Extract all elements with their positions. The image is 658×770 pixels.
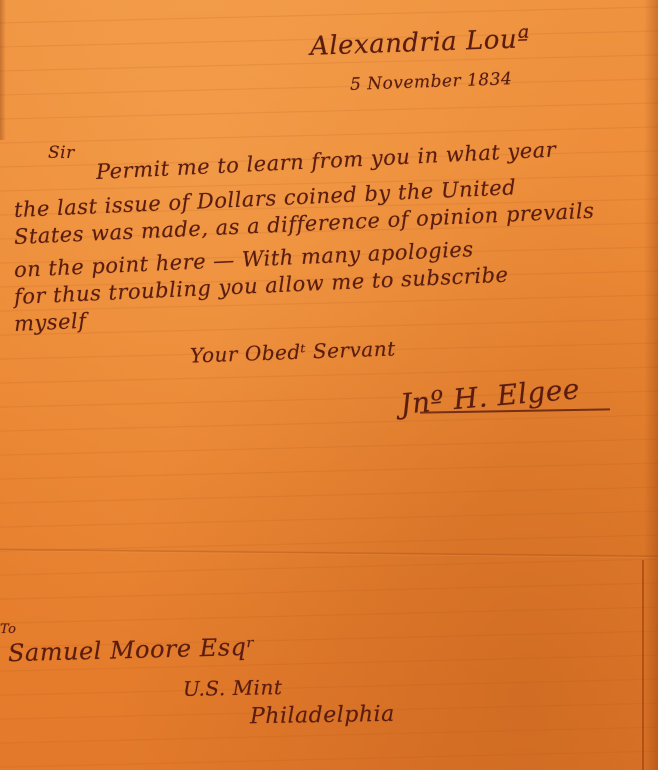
horizontal-fold-crease: [0, 548, 658, 558]
recipient-name: Samuel Moore Esqʳ: [8, 633, 256, 667]
left-edge-shadow: [0, 0, 6, 140]
right-edge-shadow: [644, 0, 658, 770]
recipient-institution: U.S. Mint: [183, 675, 283, 701]
recipient-city: Philadelphia: [250, 702, 395, 730]
letter-sheet: Alexandria Louª 5 November 1834 Sir Perm…: [0, 0, 658, 770]
body-line: myself: [13, 309, 86, 336]
letter-place: Alexandria Louª: [310, 24, 531, 62]
letter-date: 5 November 1834: [350, 69, 513, 95]
salutation: Sir: [48, 143, 75, 163]
right-vertical-crease: [642, 560, 644, 770]
closing: Your Obedᵗ Servant: [190, 336, 396, 367]
address-prefix: To: [0, 622, 17, 637]
